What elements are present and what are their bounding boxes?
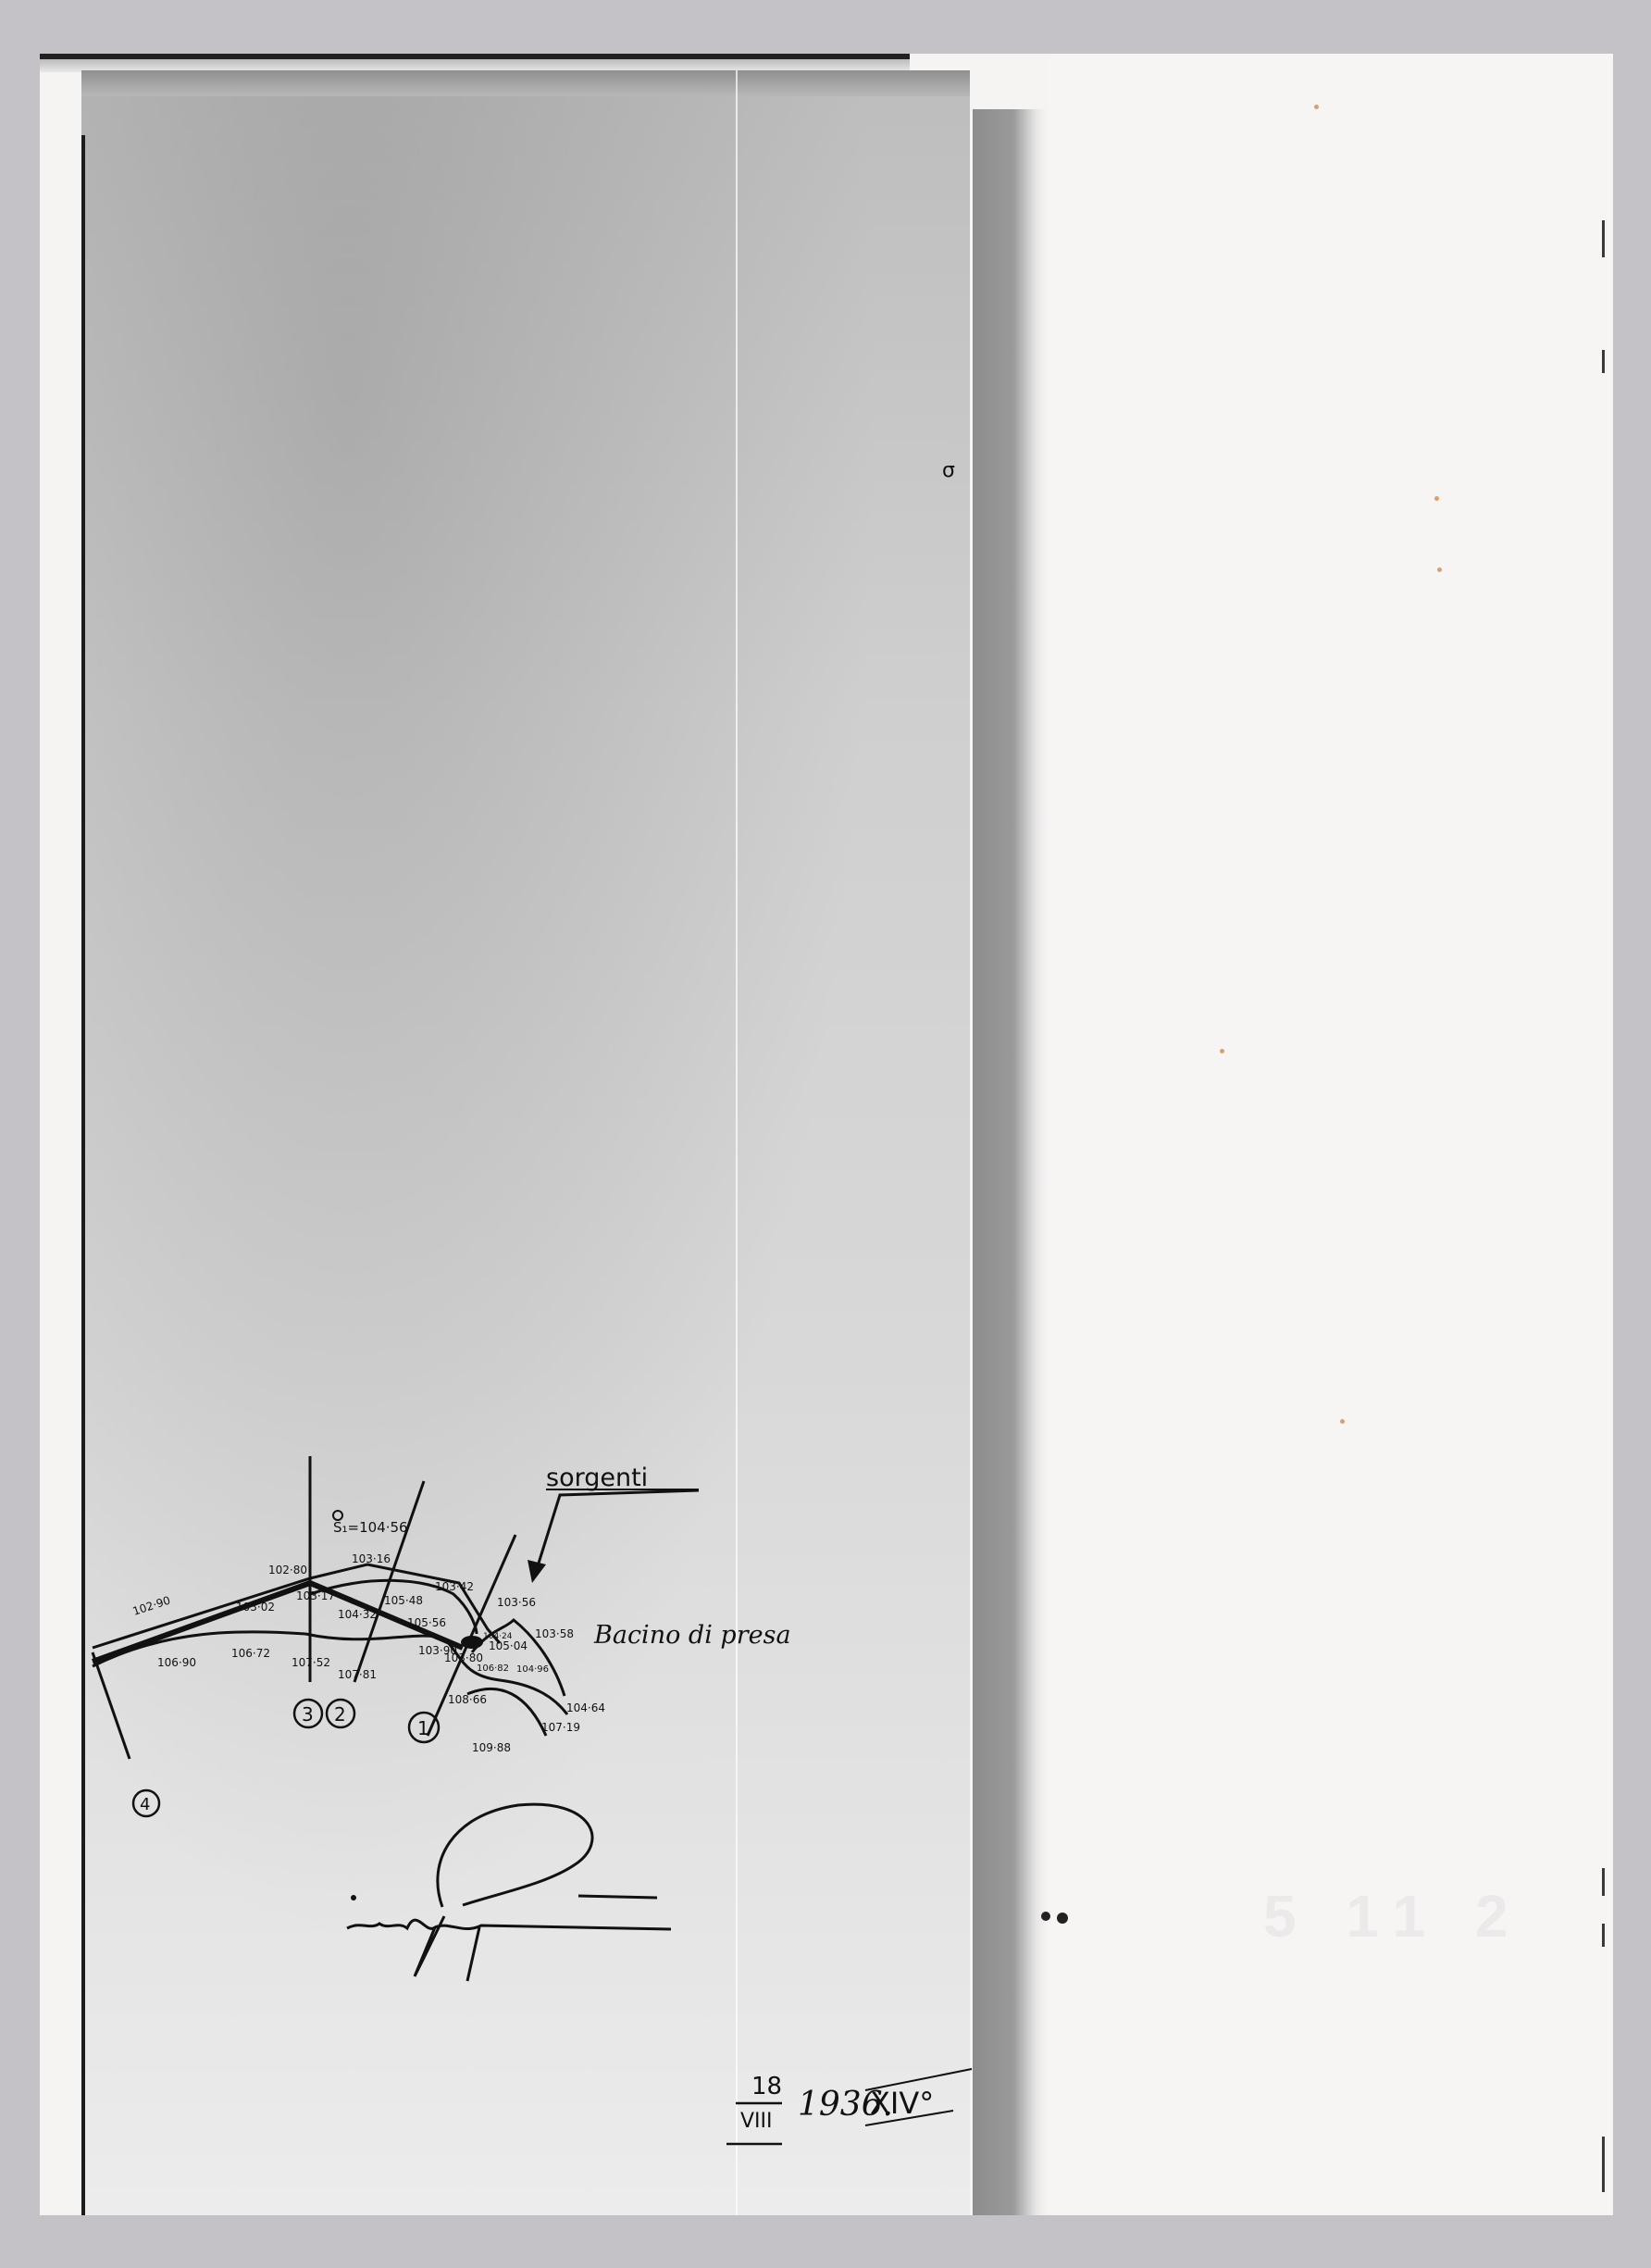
date-annotation: 18 VIII 1936. XIV° <box>726 2069 972 2144</box>
svg-text:107·19: 107·19 <box>541 1721 580 1734</box>
svg-text:105·04: 105·04 <box>489 1639 528 1652</box>
svg-text:102·90: 102·90 <box>131 1594 172 1618</box>
springs-arrow-icon <box>537 1490 699 1569</box>
svg-text:103·02: 103·02 <box>236 1601 275 1614</box>
svg-text:103·42: 103·42 <box>435 1580 474 1593</box>
svg-text:108·66: 108·66 <box>448 1693 487 1706</box>
svg-text:103·56: 103·56 <box>497 1596 536 1609</box>
survey-drawing: sorgenti Bacino di presa S₁=104·56 102·8… <box>0 0 1651 2268</box>
svg-text:104·32: 104·32 <box>338 1608 377 1621</box>
svg-text:3: 3 <box>302 1703 314 1726</box>
svg-text:102·80: 102·80 <box>268 1564 307 1576</box>
svg-text:107·81: 107·81 <box>338 1668 377 1681</box>
signature <box>347 1804 671 1981</box>
label-bacino-di-presa: Bacino di presa <box>593 1621 791 1650</box>
signature-text: ing. Pag… <box>0 0 5 1</box>
svg-text:103·17: 103·17 <box>296 1589 335 1602</box>
svg-text:106·90: 106·90 <box>157 1656 196 1669</box>
svg-text:104·64: 104·64 <box>566 1701 605 1714</box>
date-day: 18 <box>751 2073 782 2100</box>
svg-text:103·58: 103·58 <box>535 1627 574 1640</box>
margin-mark: σ <box>942 459 955 482</box>
svg-text:1: 1 <box>417 1717 429 1739</box>
svg-text:107·52: 107·52 <box>292 1656 330 1669</box>
svg-text:105·48: 105·48 <box>384 1594 423 1607</box>
svg-text:105·56: 105·56 <box>407 1616 446 1629</box>
label-sorgenti: sorgenti <box>546 1464 648 1492</box>
svg-text:106·82: 106·82 <box>477 1664 509 1674</box>
svg-text:104·96: 104·96 <box>516 1664 549 1675</box>
svg-text:103·16: 103·16 <box>352 1552 391 1565</box>
svg-text:109·88: 109·88 <box>472 1741 511 1754</box>
svg-text:4: 4 <box>140 1795 150 1814</box>
svg-text:103·80: 103·80 <box>444 1651 483 1664</box>
date-month: VIII <box>740 2110 773 2133</box>
label-benchmark: S₁=104·56 <box>333 1519 408 1536</box>
svg-text:106·72: 106·72 <box>231 1647 270 1660</box>
svg-text:2: 2 <box>334 1703 346 1726</box>
section-markers: 3 2 1 4 <box>133 1700 439 1816</box>
